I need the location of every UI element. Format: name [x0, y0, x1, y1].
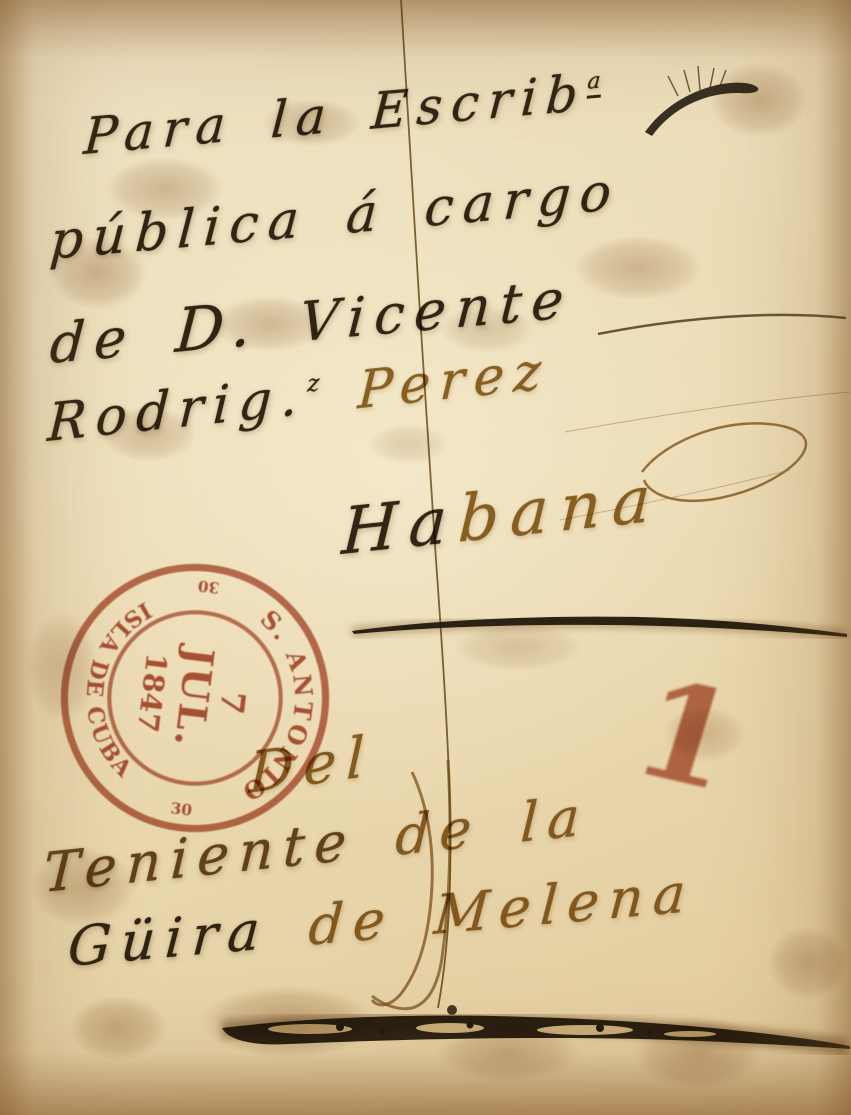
destination-city: Habana [340, 462, 664, 570]
hairline [565, 392, 850, 432]
paraph-halo [222, 1022, 848, 1047]
addressee-second-surname: Perez [318, 341, 552, 426]
address-line-2: pública á cargo [48, 162, 623, 272]
postmark-graphic: S. ANTONIO ISLA DE CUBA 30 30 7 JUL. 184… [42, 545, 348, 851]
paper-stain [436, 616, 600, 678]
paper-stain [0, 1052, 851, 1115]
habana-underline-halo [352, 623, 847, 635]
flourish-loop [642, 423, 806, 500]
paper-stain [0, 0, 851, 58]
postmark-stamp: S. ANTONIO ISLA DE CUBA 30 30 7 JUL. 184… [42, 545, 348, 851]
addressee-surname: Rodrig. [46, 366, 308, 454]
paper-stain [416, 1016, 600, 1090]
address-line-1-superscript: a [586, 68, 602, 99]
paper-stain [176, 976, 400, 1068]
address-line-1-text: Para la Escrib [82, 63, 589, 166]
flourish-dash [598, 315, 846, 334]
paraph-ink-specks [336, 1022, 653, 1036]
paper-stain [696, 52, 822, 148]
city-initial: Ha [340, 483, 460, 570]
ink-blot [645, 83, 758, 136]
postmark-year: 1847 [131, 651, 174, 734]
paper-stain [817, 0, 851, 1115]
ink-blot-feathering [668, 66, 726, 96]
addressee-honorific: D. [173, 289, 263, 367]
paraph-ink-burn-gaps [268, 1023, 716, 1037]
postmark-ornament-right: 30 [170, 799, 193, 819]
postal-cover-scan: S. ANTONIO ISLA DE CUBA 30 30 7 JUL. 184… [0, 0, 851, 1115]
ink-dot [447, 1005, 457, 1015]
address-line-3-pre: de [48, 301, 178, 376]
address-line-1: Para la Escriba [82, 62, 603, 166]
paper-stain [756, 916, 851, 1010]
sender-town: Güira [66, 898, 271, 979]
rate-mark: 1 [622, 660, 752, 809]
city-rest: bana [456, 462, 663, 558]
paper-stain [0, 0, 34, 1115]
paraph-stroke [222, 1016, 850, 1049]
postmark-ornament-left: 30 [197, 576, 220, 596]
paper-stain [356, 418, 460, 470]
paper-stain [556, 226, 720, 310]
sender-title-rest: de la [354, 784, 591, 872]
paper-stain [56, 986, 180, 1070]
paper-stain [616, 1006, 780, 1100]
postmark-day: 7 [212, 689, 253, 716]
sender-town-rest: de Melena [267, 861, 697, 962]
habana-underline [352, 617, 847, 637]
